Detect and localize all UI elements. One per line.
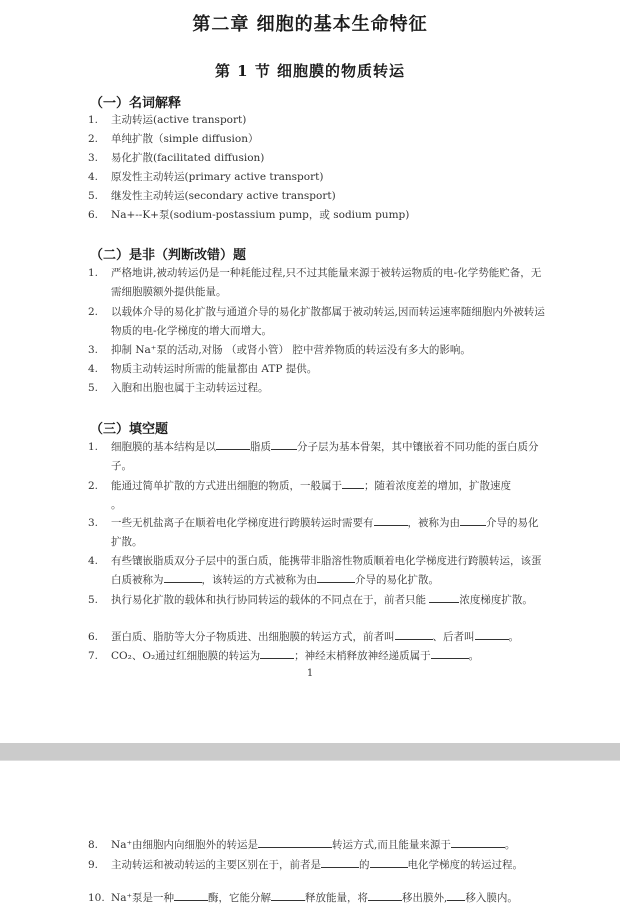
- fill-blank-item: 9. 主动转运和被动转运的主要区别在于，前者是的电化学梯度的转运过程。: [88, 856, 588, 875]
- fill-blank-item: 8. Na⁺由细胞内向细胞外的转运是转运方式,而且能量来源于。: [88, 836, 548, 855]
- true-false-item: 2.以载体介导的易化扩散与通道介导的易化扩散都属于被动转运,因而转运速率随细胞内…: [88, 303, 548, 341]
- answer-blank[interactable]: [429, 591, 459, 603]
- fill-blank-heading: （三）填空题: [90, 418, 168, 437]
- fill-blank-item: 4. 有些镶嵌脂质双分子层中的蛋白质，能携带非脂溶性物质顺着电化学梯度进行跨膜转…: [88, 552, 548, 590]
- section-title: 第 1 节 细胞膜的物质转运: [0, 60, 620, 81]
- answer-blank[interactable]: [216, 438, 250, 450]
- fill-blank-item: 2. 能通过简单扩散的方式进出细胞的物质，一般属于；随着浓度差的增加，扩散速度。: [88, 477, 548, 515]
- answer-blank[interactable]: [342, 477, 364, 489]
- answer-blank[interactable]: [258, 836, 332, 848]
- term-item: 4.原发性主动转运(primary active transport): [88, 168, 548, 187]
- answer-blank[interactable]: [317, 571, 355, 583]
- true-false-item: 3.抑制 Na⁺泵的活动,对肠 （或肾小管） 腔中营养物质的转运没有多大的影响。: [88, 341, 548, 360]
- term-item: 3.易化扩散(facilitated diffusion): [88, 149, 548, 168]
- fill-blank-item: 3. 一些无机盐离子在顺着电化学梯度进行跨膜转运时需要有，被称为由介导的易化扩散…: [88, 514, 548, 552]
- answer-blank[interactable]: [271, 438, 297, 450]
- answer-blank[interactable]: [475, 628, 509, 640]
- true-false-item: 5.入胞和出胞也属于主动转运过程。: [88, 379, 548, 398]
- answer-blank[interactable]: [431, 647, 469, 659]
- fill-blank-item: 6. 蛋白质、脂肪等大分子物质进、出细胞膜的转运方式，前者叫、后者叫。: [88, 628, 548, 647]
- chapter-title: 第二章 细胞的基本生命特征: [0, 10, 620, 36]
- answer-blank[interactable]: [368, 889, 402, 901]
- answer-blank[interactable]: [260, 647, 294, 659]
- fill-blank-item: 7. CO₂、O₂通过红细胞膜的转运为；神经末梢释放神经递质属于。: [88, 647, 548, 666]
- terms-heading: （一）名词解释: [90, 92, 181, 111]
- term-item: 2.单纯扩散（simple diffusion）: [88, 130, 548, 149]
- answer-blank[interactable]: [271, 889, 305, 901]
- answer-blank[interactable]: [321, 856, 359, 868]
- document-page-2: 8. Na⁺由细胞内向细胞外的转运是转运方式,而且能量来源于。 9. 主动转运和…: [0, 761, 620, 905]
- fill-blank-item: 1. 细胞膜的基本结构是以脂质分子层为基本骨架，其中镶嵌着不同功能的蛋白质分子。: [88, 438, 548, 476]
- true-false-item: 1.严格地讲,被动转运仍是一种耗能过程,只不过其能量来源于被转运物质的电-化学势…: [88, 264, 548, 302]
- term-item: 6.Na+--K+泵(sodium-postassium pump，或 sodi…: [88, 206, 548, 225]
- term-item: 5.继发性主动转运(secondary active transport): [88, 187, 548, 206]
- fill-blank-item: 5. 执行易化扩散的载体和执行协同转运的载体的不同点在于，前者只能 浓度梯度扩散…: [88, 591, 548, 610]
- page-number: 1: [0, 668, 620, 679]
- answer-blank[interactable]: [395, 628, 433, 640]
- answer-blank[interactable]: [447, 889, 465, 901]
- page-separator: [0, 743, 620, 761]
- term-item: 1.主动转运(active transport): [88, 111, 548, 130]
- fill-blank-item: 10. Na⁺泵是一种酶，它能分解释放能量，将移出膜外,移入膜内。: [88, 889, 588, 905]
- answer-blank[interactable]: [374, 514, 408, 526]
- answer-blank[interactable]: [370, 856, 408, 868]
- answer-blank[interactable]: [164, 571, 202, 583]
- true-false-heading: （二）是非（判断改错）题: [90, 244, 246, 263]
- true-false-item: 4.物质主动转运时所需的能量都由 ATP 提供。: [88, 360, 548, 379]
- answer-blank[interactable]: [460, 514, 486, 526]
- answer-blank[interactable]: [174, 889, 208, 901]
- document-page-1: 第二章 细胞的基本生命特征 第 1 节 细胞膜的物质转运 （一）名词解释 1.主…: [0, 0, 620, 743]
- answer-blank[interactable]: [451, 836, 505, 848]
